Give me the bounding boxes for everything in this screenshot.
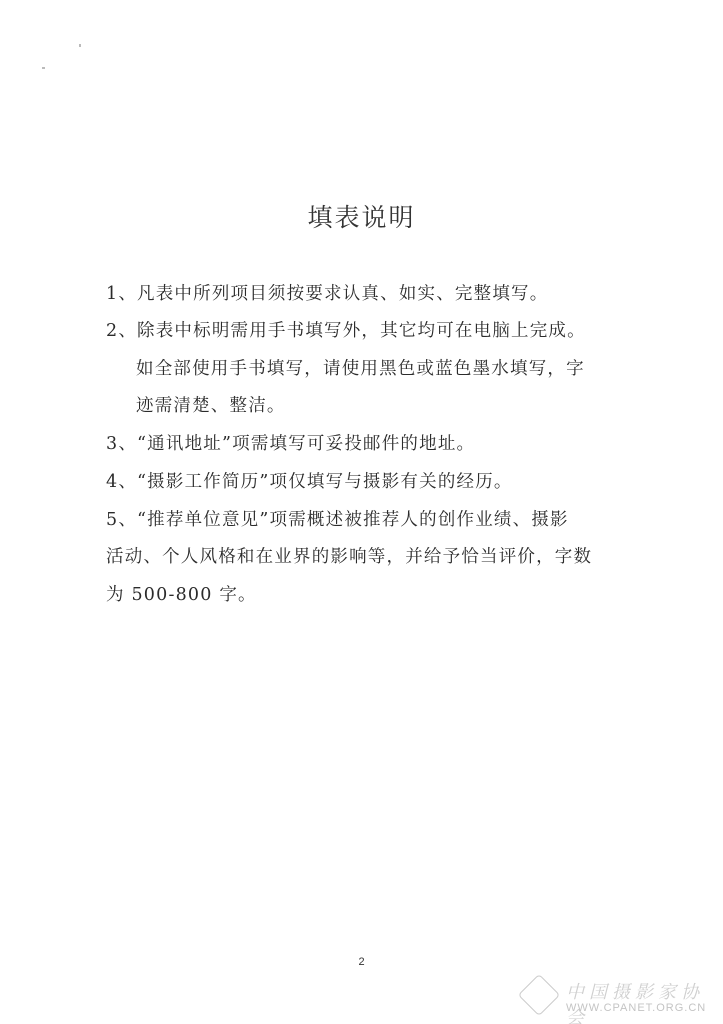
instruction-2: 2、除表中标明需用手书填写外，其它均可在电脑上完成。 [106,321,586,341]
cpa-logo-icon [518,974,560,1016]
watermark-org-name: 中国摄影家协会 [566,978,722,1024]
watermark-url: WWW.CPANET.ORG.CN [566,1002,706,1014]
watermark: 中国摄影家协会 WWW.CPANET.ORG.CN [522,978,722,1018]
instruction-5-cont: 为 500-800 字。 [106,585,257,605]
instruction-3: 3、“通讯地址”项需填写可妥投邮件的地址。 [106,434,475,454]
scan-speck [42,67,45,69]
instruction-2-cont: 如全部使用手书填写，请使用黑色或蓝色墨水填写，字 [136,359,585,379]
page-title: 填表说明 [0,198,723,234]
scan-speck [79,44,81,47]
instruction-5: 5、“推荐单位意见”项需概述被推荐人的创作业绩、摄影 [106,510,569,530]
page-number: 2 [0,956,723,968]
instruction-4: 4、“摄影工作简历”项仅填写与摄影有关的经历。 [106,472,513,492]
instruction-2-cont: 迹需清楚、整洁。 [136,396,286,416]
instruction-1: 1、凡表中所列项目须按要求认真、如实、完整填写。 [106,284,548,304]
instruction-5-cont: 活动、个人风格和在业界的影响等，并给予恰当评价，字数 [106,547,592,567]
